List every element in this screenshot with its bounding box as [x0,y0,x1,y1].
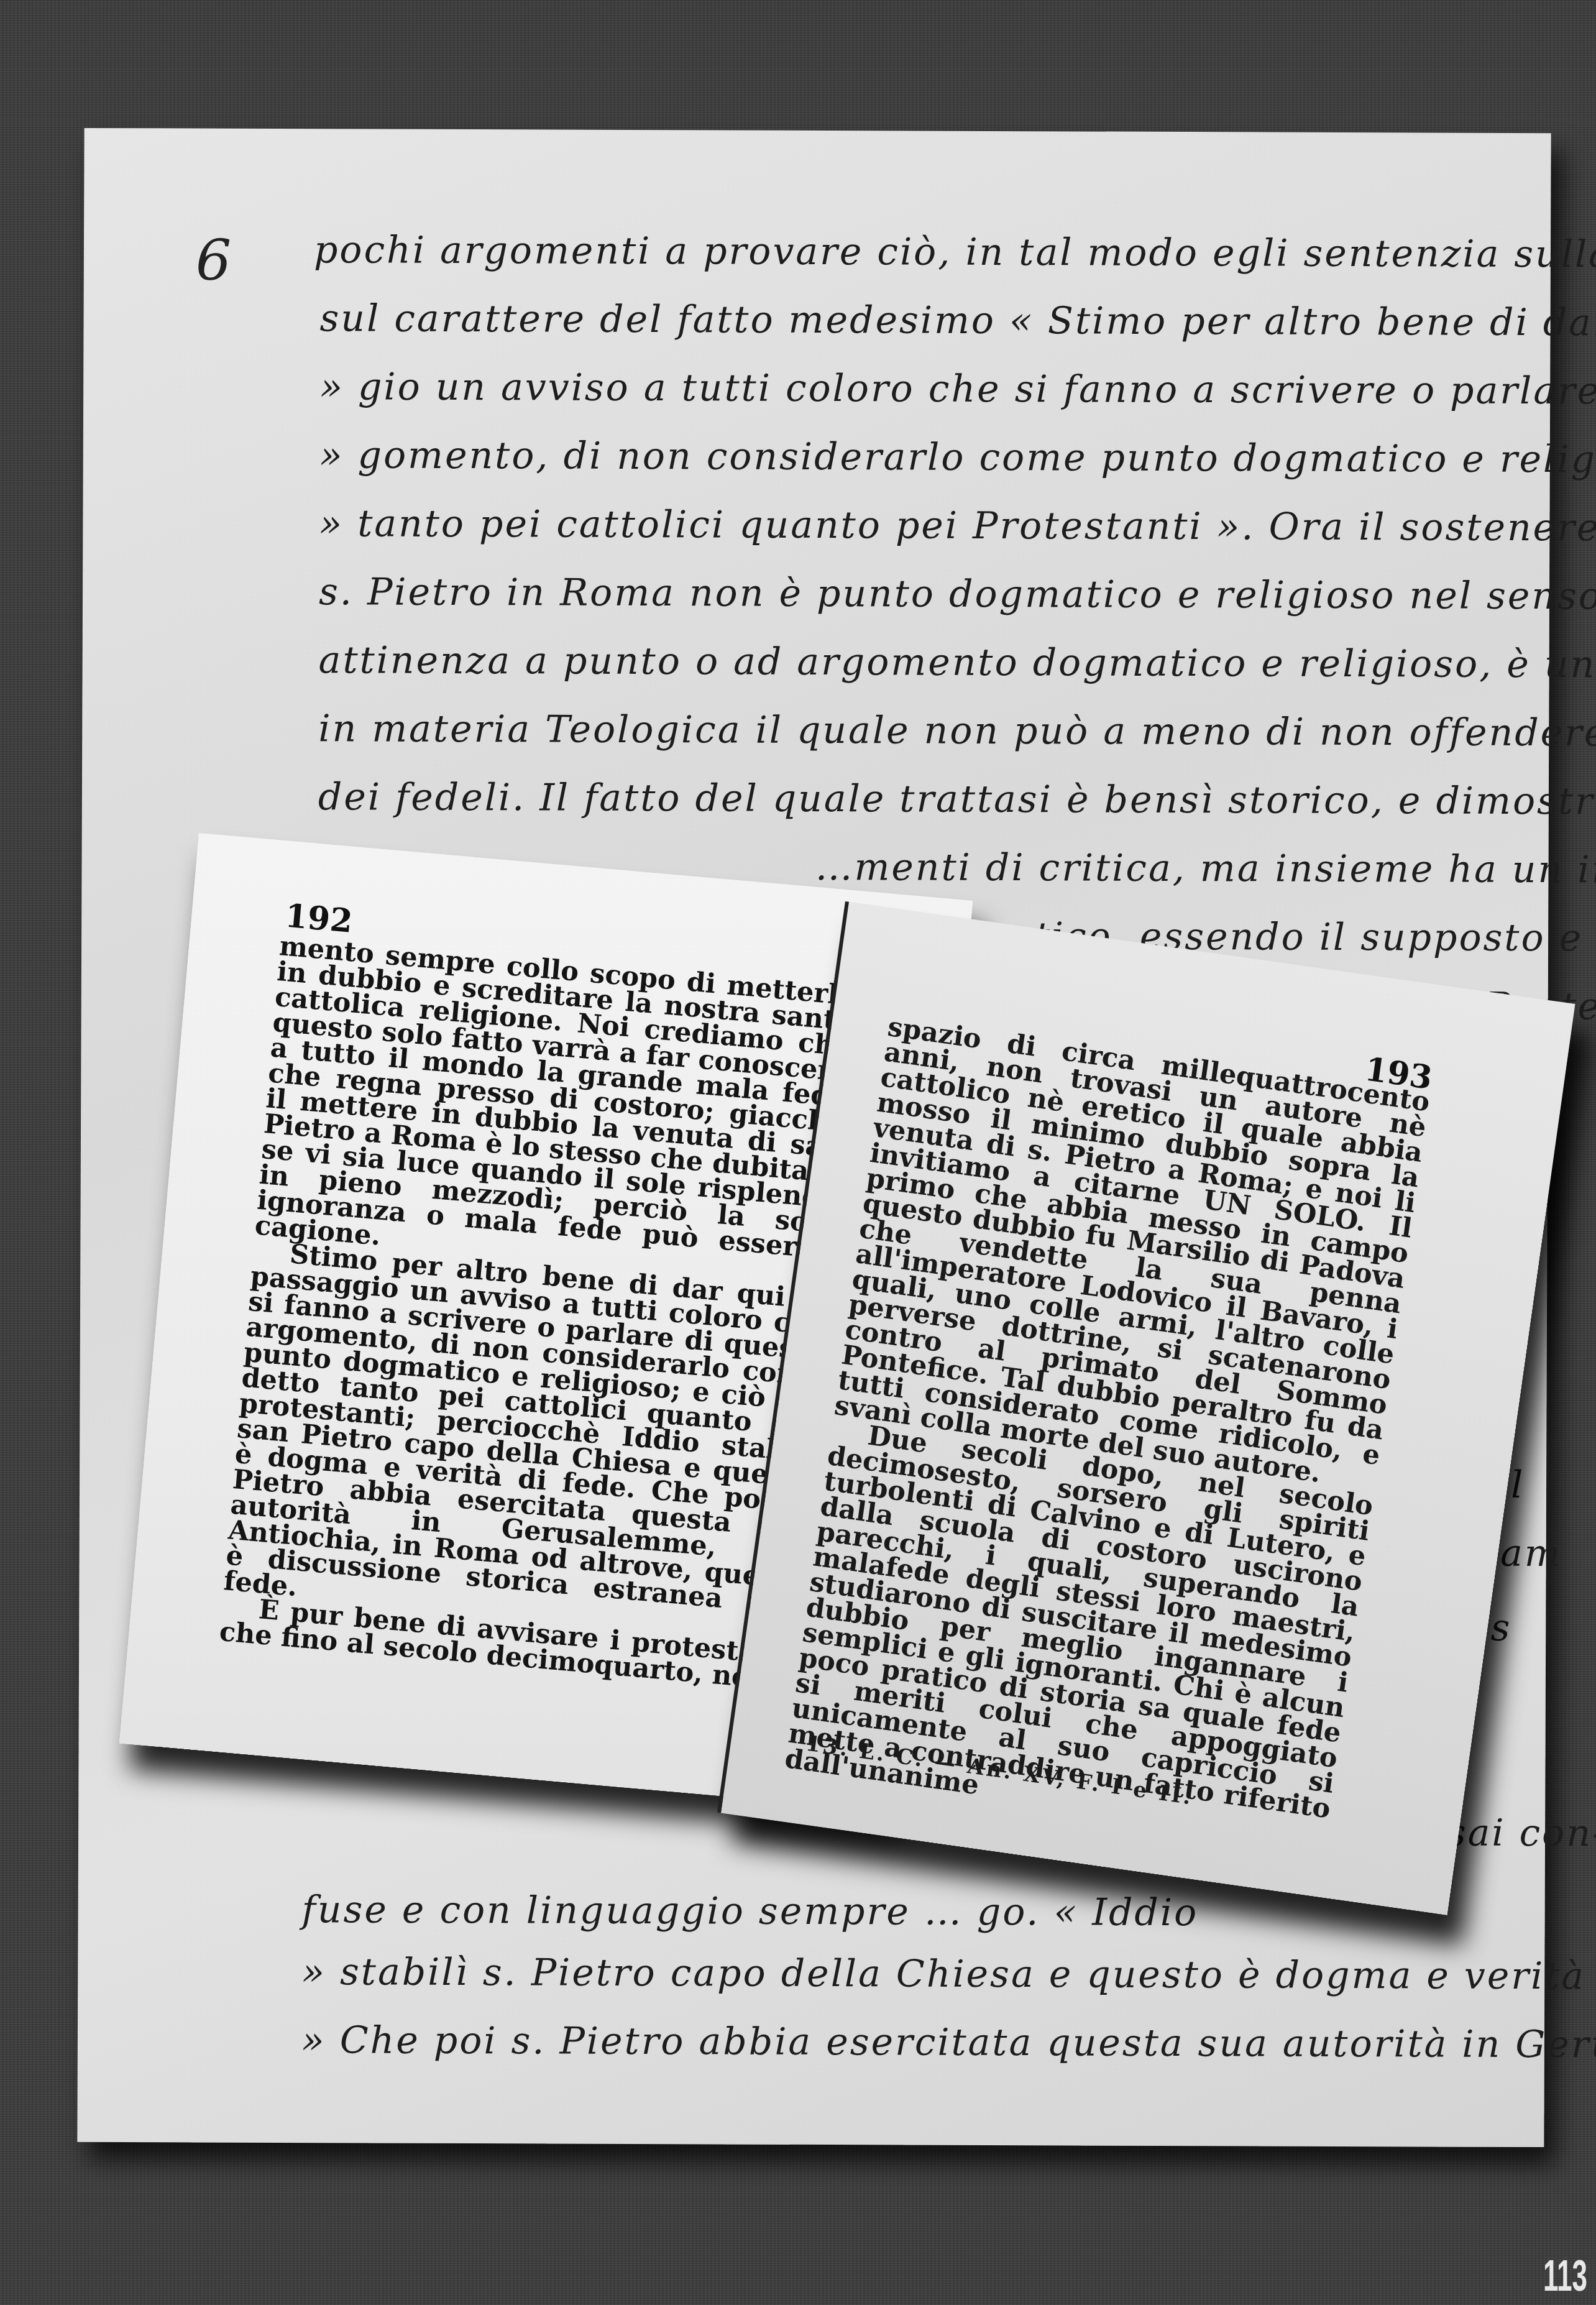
plate-number: 113 [1543,2252,1587,2302]
booklet-right-page: 193 spazio di circa millequattrocento an… [717,901,1575,1915]
manuscript-line: sul carattere del fatto medesimo « Stimo… [319,297,1596,346]
paragraph: spazio di circa millequattrocento anni, … [833,1014,1431,1494]
paragraph: Stimo per altro bene di dar qui di passa… [222,1238,829,1644]
right-page-text: spazio di circa millequattrocento anni, … [783,1014,1431,1848]
manuscript-line: » Che poi s. Pietro abbia esercitata que… [301,2018,1596,2067]
manuscript-line: in materia Teologica il quale non può a … [318,707,1596,756]
open-printed-booklet: 192 mento sempre collo scopo di metterla… [112,821,1516,1877]
manuscript-line: pochi argomenti a provare ciò, in tal mo… [314,228,1596,277]
manuscript-line: » stabilì s. Pietro capo della Chiesa e … [301,1950,1596,1999]
paragraph: mento sempre collo scopo di metterla in … [254,934,856,1289]
manuscript-line: fuse e con linguaggio sempre … go. « Idd… [302,1888,1199,1935]
manuscript-line: dei fedeli. Il fatto del quale trattasi … [318,775,1596,824]
manuscript-line: attinenza a punto o ad argomento dogmati… [319,638,1596,688]
manuscript-line: » gomento, di non considerarlo come punt… [319,433,1596,482]
manuscript-line: s. Pietro in Roma non è punto dogmatico … [319,570,1596,619]
manuscript-line: » gio un avviso a tutti coloro che si fa… [319,365,1596,414]
folio-mark: 6 [196,228,232,293]
manuscript-line: » tanto pei cattolici quanto pei Protest… [319,502,1596,551]
